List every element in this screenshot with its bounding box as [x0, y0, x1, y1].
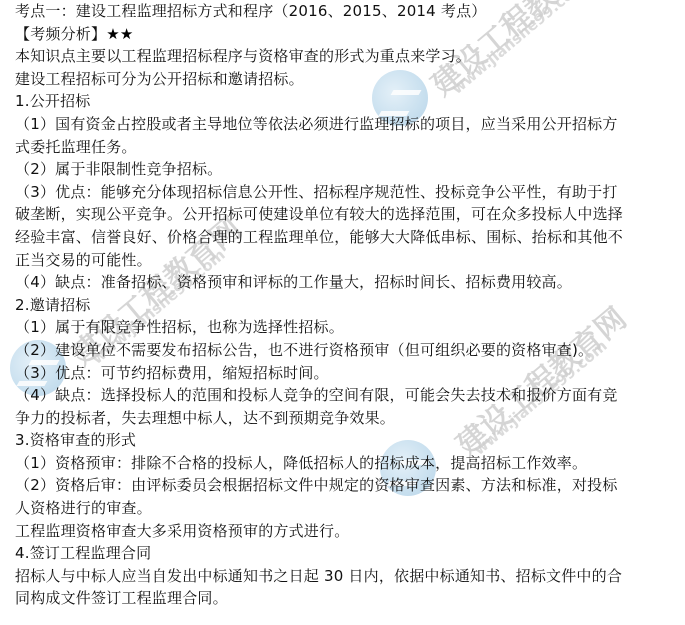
section-line: （4）缺点：准备招标、资格预审和评标的工作量大，招标时间长、招标费用较高。	[15, 271, 670, 294]
section-line: 工程监理资格审查大多采用资格预审的方式进行。	[15, 520, 670, 543]
section-heading: 3.资格审查的形式	[15, 429, 670, 452]
section-line: （2）资格后审：由评标委员会根据招标文件中规定的资格审查因素、方法和标准，对投标	[15, 474, 670, 497]
document-body: 考点一：建设工程监理招标方式和程序（2016、2015、2014 考点） 【考频…	[15, 0, 670, 610]
section-line: （2）属于非限制性竞争招标。	[15, 158, 670, 181]
section-line: 式委托监理任务。	[15, 136, 670, 159]
section-line: （1）国有资金占控股或者主导地位等依法必须进行监理招标的项目，应当采用公开招标方	[15, 113, 670, 136]
section-line: 破垄断，实现公平竞争。公开招标可使建设单位有较大的选择范围，可在众多投标人中选择	[15, 203, 670, 226]
section-line: 同构成文件签订工程监理合同。	[15, 587, 670, 610]
section-line: （2）建设单位不需要发布招标公告，也不进行资格预审（但可组织必要的资格审查)。	[15, 339, 670, 362]
section-line: 招标人与中标人应当自发出中标通知书之日起 30 日内，依据中标通知书、招标文件中…	[15, 565, 670, 588]
section-heading: 1.公开招标	[15, 90, 670, 113]
section-line: 正当交易的可能性。	[15, 249, 670, 272]
section-line: 经验丰富、信誉良好、价格合理的工程监理单位，能够大大降低串标、围标、抬标和其他不	[15, 226, 670, 249]
section-heading: 4.签订工程监理合同	[15, 542, 670, 565]
frequency-label: 【考频分析】	[15, 25, 106, 43]
star-rating-icon: ★★	[106, 25, 133, 43]
frequency-analysis: 【考频分析】★★	[15, 23, 670, 46]
section-line: （1）资格预审：排除不合格的投标人，降低招标人的招标成本，提高招标工作效率。	[15, 452, 670, 475]
intro-line: 建设工程招标可分为公开招标和邀请招标。	[15, 68, 670, 91]
section-line: （4）缺点：选择投标人的范围和投标人竞争的空间有限，可能会失去技术和报价方面有竞	[15, 384, 670, 407]
section-line: （1）属于有限竞争性招标，也称为选择性招标。	[15, 316, 670, 339]
section-line: （3）优点：可节约招标费用，缩短招标时间。	[15, 362, 670, 385]
section-line: 争力的投标者，失去理想中标人，达不到预期竞争效果。	[15, 407, 670, 430]
section-heading: 2.邀请招标	[15, 294, 670, 317]
section-line: （3）优点：能够充分体现招标信息公开性、招标程序规范性、投标竞争公平性，有助于打	[15, 181, 670, 204]
section-line: 人资格进行的审查。	[15, 497, 670, 520]
intro-line: 本知识点主要以工程监理招标程序与资格审查的形式为重点来学习。	[15, 45, 670, 68]
doc-title: 考点一：建设工程监理招标方式和程序（2016、2015、2014 考点）	[15, 0, 670, 23]
